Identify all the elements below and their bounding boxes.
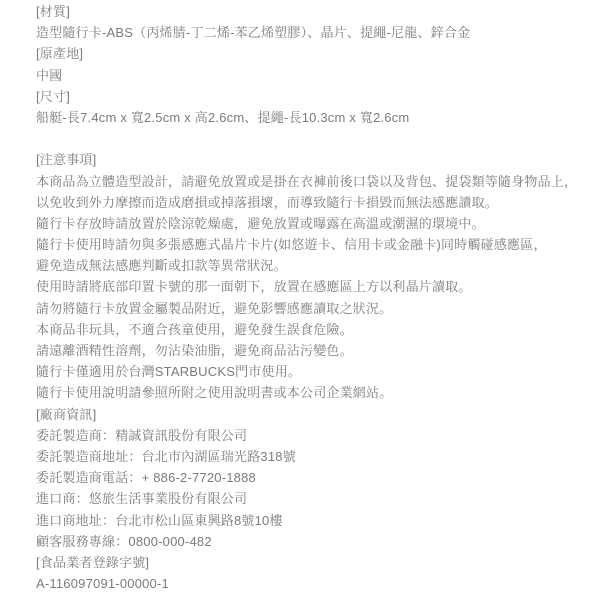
text-line: 委託製造商：精誠資訊股份有限公司 [36,425,590,446]
manufacturer-section: [廠商資訊]委託製造商：精誠資訊股份有限公司委託製造商地址：台北市內湖區瑞光路3… [36,404,590,552]
product-details-document: [材質]造型隨行卡-ABS（丙烯腈-丁二烯-苯乙烯塑膠）、晶片、提繩-尼龍、鋅合… [0,0,600,600]
text-line: 本商品為立體造型設計，請避免放置或是掛在衣褲前後口袋以及背包、提袋類等隨身物品上… [36,171,590,192]
text-line: 隨行卡僅適用於台灣STARBUCKS門市使用。 [36,361,590,382]
text-line: 以免收到外力摩擦而造成磨損或掉落損壞，而導致隨行卡損毀而無法感應讀取。 [36,192,590,213]
text-line: 造型隨行卡-ABS（丙烯腈-丁二烯-苯乙烯塑膠）、晶片、提繩-尼龍、鋅合金 [36,22,590,43]
section-header: [材質] [36,1,590,22]
text-line: 委託製造商地址：台北市內湖區瑞光路318號 [36,446,590,467]
text-line: 進口商：悠旅生活事業股份有限公司 [36,488,590,509]
section-header: [原產地] [36,43,590,64]
text-line: 委託製造商電話：+ 886-2-7720-1888 [36,467,590,488]
text-line: 本商品非玩具，不適合孩童使用，避免發生誤食危險。 [36,319,590,340]
text-line: A-116097091-00000-1 [36,573,590,594]
food-registration-section: [食品業者登錄字號]A-116097091-00000-1 [36,552,590,594]
text-line: 使用時請將底部印置卡號的那一面朝下，放置在感應區上方以利晶片讀取。 [36,276,590,297]
origin-section: [原產地]中國 [36,43,590,85]
text-line: 請遠離酒精性溶劑，勿沾染油脂，避免商品沾污變色。 [36,340,590,361]
text-line: 顧客服務專線：0800-000-482 [36,531,590,552]
text-line: 船艇-長7.4cm x 寬2.5cm x 高2.6cm、提繩-長10.3cm x… [36,107,590,128]
material-section: [材質]造型隨行卡-ABS（丙烯腈-丁二烯-苯乙烯塑膠）、晶片、提繩-尼龍、鋅合… [36,1,590,43]
section-header: [食品業者登錄字號] [36,552,590,573]
text-line: 隨行卡使用時請勿與多張感應式晶片卡片(如悠遊卡、信用卡或金融卡)同時觸碰感應區， [36,234,590,255]
text-line: 隨行卡存放時請放置於陰涼乾燥處，避免放置或曝露在高溫或潮濕的環境中。 [36,213,590,234]
text-line: 中國 [36,65,590,86]
section-header: [注意事項] [36,149,590,170]
dimensions-section: [尺寸]船艇-長7.4cm x 寬2.5cm x 高2.6cm、提繩-長10.3… [36,86,590,128]
text-line: 請勿將隨行卡放置金屬製品附近，避免影響感應讀取之狀況。 [36,298,590,319]
section-header: [尺寸] [36,86,590,107]
section-header: [廠商資訊] [36,404,590,425]
text-line: 隨行卡使用說明請參照所附之使用說明書或本公司企業網站。 [36,382,590,403]
text-line: 進口商地址：台北市松山區東興路8號10樓 [36,510,590,531]
text-line: 避免造成無法感應判斷或扣款等異常狀況。 [36,255,590,276]
notices-section: [注意事項]本商品為立體造型設計，請避免放置或是掛在衣褲前後口袋以及背包、提袋類… [36,149,590,403]
